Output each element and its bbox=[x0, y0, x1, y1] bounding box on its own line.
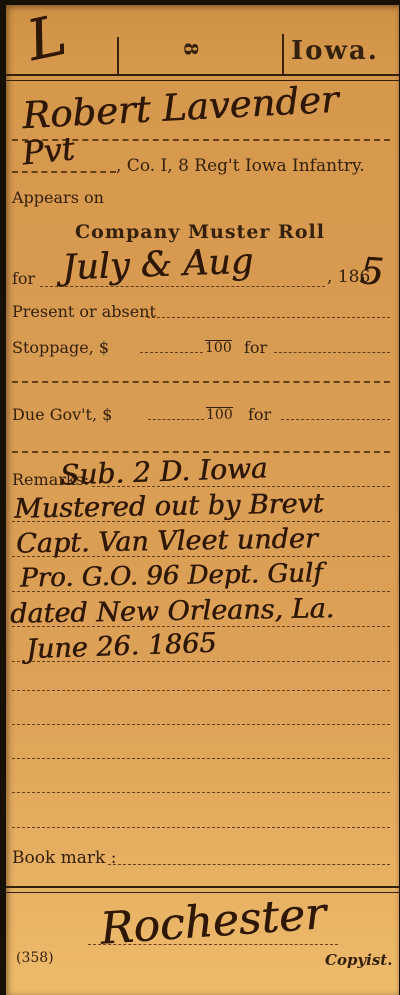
due-govt-cents: 100 bbox=[206, 407, 233, 422]
stoppage-for-line bbox=[274, 352, 390, 353]
present-or-absent-label: Present or absent bbox=[12, 302, 156, 321]
header-divider-left bbox=[117, 37, 119, 74]
blank-remarks-line bbox=[12, 792, 390, 793]
blank-remarks-line bbox=[12, 758, 390, 759]
remarks-text-5: dated New Orleans, La. bbox=[10, 593, 335, 630]
plate-number: (358) bbox=[16, 950, 54, 966]
regiment-number: 8 bbox=[180, 42, 202, 55]
form-title: Company Muster Roll bbox=[0, 221, 400, 243]
stoppage-for-label: for bbox=[244, 338, 267, 357]
remarks-text-6: June 26. 1865 bbox=[26, 628, 217, 666]
for-label: for bbox=[12, 269, 35, 288]
remarks-text-4: Pro. G.O. 96 Dept. Gulf bbox=[20, 558, 323, 593]
present-line bbox=[147, 317, 390, 318]
due-govt-for-line bbox=[281, 419, 390, 420]
due-govt-for-label: for bbox=[248, 405, 271, 424]
copyist-label: Copyist. bbox=[325, 951, 392, 969]
book-mark-label: Book mark : bbox=[12, 848, 116, 868]
blank-line-a bbox=[12, 381, 390, 383]
appears-on-label: Appears on bbox=[12, 188, 104, 207]
header-rule bbox=[6, 74, 399, 81]
remarks-text-2: Mustered out by Brevt bbox=[14, 488, 324, 524]
state-label: Iowa. bbox=[291, 36, 379, 66]
blank-remarks-line bbox=[12, 690, 390, 691]
blank-remarks-line bbox=[12, 724, 390, 725]
signature-line bbox=[88, 944, 338, 945]
blank-remarks-line bbox=[12, 827, 390, 828]
due-govt-label: Due Gov't, $ bbox=[12, 405, 112, 424]
stoppage-cents: 100 bbox=[205, 340, 232, 355]
footer-rule bbox=[6, 886, 399, 893]
header-divider-right bbox=[282, 34, 284, 74]
period-handwritten: July & Aug bbox=[61, 242, 253, 289]
unit-line: , Co. I, 8 Reg't Iowa Infantry. bbox=[116, 156, 365, 176]
book-mark-line bbox=[108, 864, 390, 865]
year-digit-handwritten: 5 bbox=[359, 249, 385, 294]
stoppage-label: Stoppage, $ bbox=[12, 338, 109, 357]
due-govt-amount-line bbox=[148, 419, 204, 420]
remarks-text-3: Capt. Van Vleet under bbox=[16, 523, 318, 559]
rank-line bbox=[12, 171, 116, 173]
stoppage-amount-line bbox=[140, 352, 203, 353]
rank-handwritten: Pvt bbox=[20, 129, 76, 172]
